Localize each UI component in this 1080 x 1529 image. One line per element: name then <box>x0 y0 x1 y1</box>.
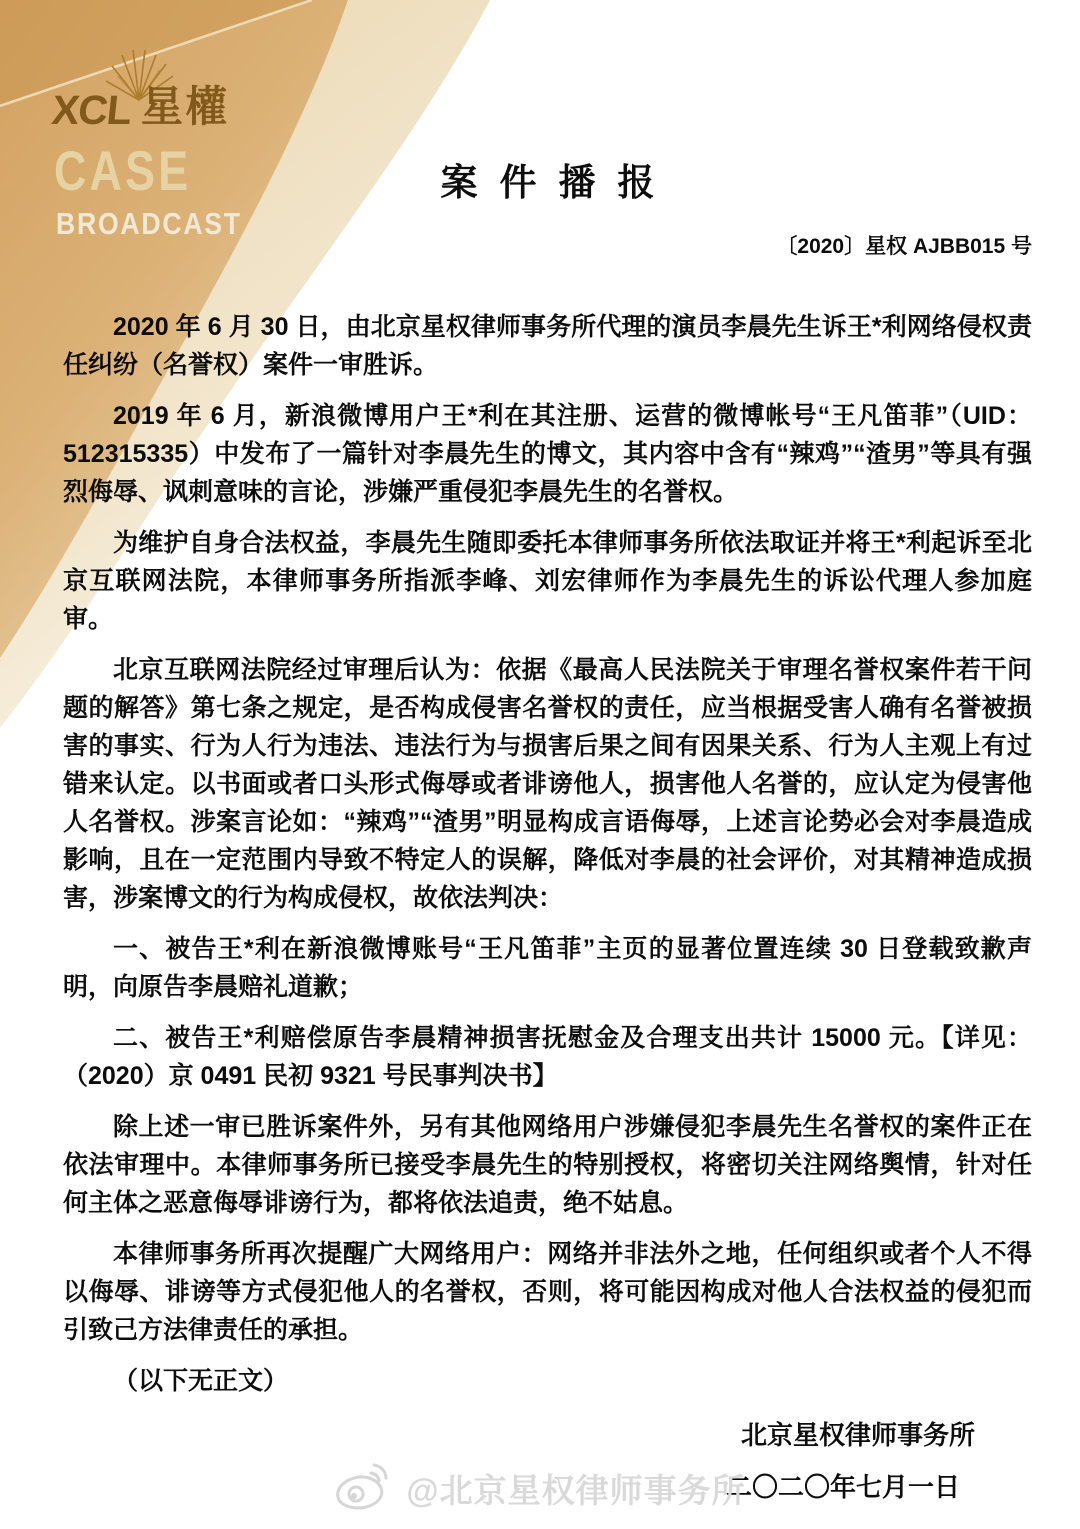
banner-broadcast-text: BROADCAST <box>56 206 242 242</box>
firm-logo: XCL 星權 <box>52 74 229 134</box>
logo-chinese-text: 星權 <box>141 74 229 134</box>
weibo-handle: @北京星权律师事务所 <box>406 1465 745 1512</box>
logo-latin-text: XCL <box>50 87 134 134</box>
page-title: 案件播报 <box>63 162 1032 204</box>
body-paragraph: 除上述一审已胜诉案件外，另有其他网络用户涉嫌侵犯李晨先生名誉权的案件正在依法审理… <box>63 1108 1032 1222</box>
body-paragraph-judgment-2: 二、被告王*利赔偿原告李晨精神损害抚慰金及合理支出共计 15000 元。【详见：… <box>63 1019 1032 1095</box>
body-paragraph: 2019 年 6 月，新浪微博用户王*利在其注册、运营的微博帐号“王凡笛菲”（U… <box>63 397 1032 511</box>
body-paragraph-judgment-1: 一、被告王*利在新浪微博账号“王凡笛菲”主页的显著位置连续 30 日登载致歉声明… <box>63 930 1032 1006</box>
document-body: 2020 年 6 月 30 日，由北京星权律师事务所代理的演员李晨先生诉王*利网… <box>63 308 1032 1400</box>
weibo-watermark: @北京星权律师事务所 <box>0 1461 1080 1515</box>
banner-case-text: CASE <box>54 138 191 203</box>
signature-firm: 北京星权律师事务所 <box>63 1416 1032 1454</box>
document-content: 案件播报 〔2020〕星权 AJBB015 号 2020 年 6 月 30 日，… <box>63 162 1032 1506</box>
body-paragraph: 为维护自身合法权益，李晨先生随即委托本律师事务所依法取证并将王*利起诉至北京互联… <box>63 524 1032 638</box>
body-paragraph: 北京互联网法院经过审理后认为：依据《最高人民法院关于审理名誉权案件若干问题的解答… <box>63 651 1032 917</box>
body-paragraph: 本律师事务所再次提醒广大网络用户：网络并非法外之地，任何组织或者个人不得以侮辱、… <box>63 1235 1032 1349</box>
body-paragraph-no-more-text: （以下无正文） <box>63 1362 1032 1400</box>
body-paragraph: 2020 年 6 月 30 日，由北京星权律师事务所代理的演员李晨先生诉王*利网… <box>63 308 1032 384</box>
weibo-icon <box>334 1461 396 1515</box>
case-broadcast-document: XCL 星權 CASE BROADCAST 案件播报 〔2020〕星权 AJBB… <box>0 0 1080 1529</box>
